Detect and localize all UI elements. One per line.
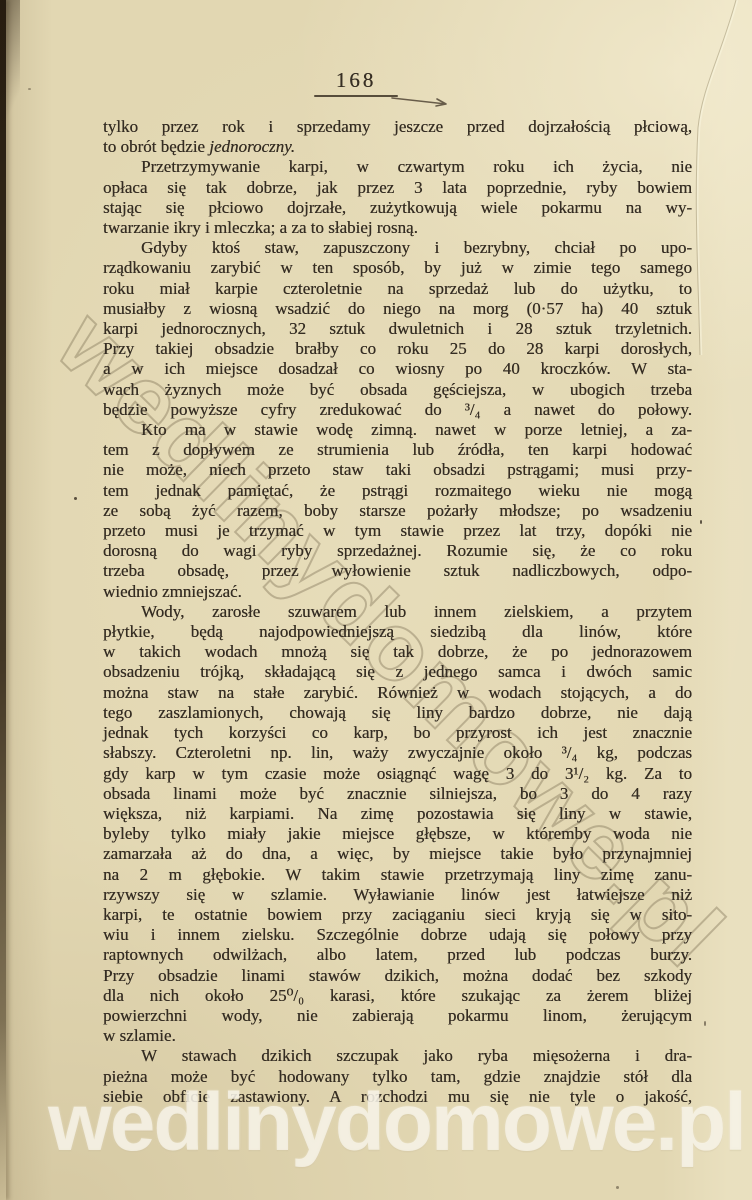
page-left-edge-corner-shadow [0,0,20,150]
page-left-edge-shadow [0,0,6,1200]
text-line: gdy karp w tym czasie może osiągnąć wagę… [103,764,692,784]
text-line: wiednio zmniejszać. [103,582,692,602]
text-line: obsada linami może być znacznie silniejs… [103,784,692,804]
paragraph: tylko przez rok i sprzedamy jeszcze prze… [103,117,692,157]
text-line: raptownych odwilżach, albo latem, przed … [103,945,692,965]
text-line: większa, niż karpiami. Na zimę pozostawi… [103,804,692,824]
scanned-book-page: wedlinydomowe.pl 168 tylko przez rok i s… [0,0,752,1200]
text-line: twarzanie ikry i mleczka; a za to słabie… [103,218,692,238]
text-line: powierzchni wody, nie zabierają pokarmu … [103,1006,692,1026]
text-line: można staw na stałe zarybić. Również w w… [103,683,692,703]
pen-arrow-mark [390,92,460,110]
bottom-watermark: wedlinydomowe.pl [48,1082,745,1164]
paragraph: Kto ma w stawie wodę zimną. nawet w porz… [103,420,692,602]
text-line: Przy takiej obsadzie brałby co roku 25 d… [103,339,692,359]
paper-crease-line [696,0,736,355]
text-line: musiałby z wiosną wsadzić do niego na mo… [103,299,692,319]
text-line: w szlamie. [103,1026,692,1046]
ink-speck [74,497,77,500]
paragraph: Wody, zarosłe szuwarem lub innem zielski… [103,602,692,1046]
header-rule [314,95,398,97]
paper-crease-highlight [697,0,737,355]
text-line: tylko przez rok i sprzedamy jeszcze prze… [103,117,692,137]
text-line: ze sobą żyć razem, boby starsze pożarły … [103,501,692,521]
text-line: Przy obsadzie linami stawów dzikich, moż… [103,966,692,986]
text-line: tego zaszlamionych, chowają się liny bar… [103,703,692,723]
text-line: na 2 m głębokie. W takim stawie przetrzy… [103,865,692,885]
text-line: byleby tylko miały jakie miejsce głębsze… [103,824,692,844]
text-line: stając się płciowo dojrzałe, zużytkowują… [103,198,692,218]
paragraph: Gdyby ktoś staw, zapuszczony i bezrybny,… [103,238,692,420]
text-line: dla nich około 25⁰/₀ karasi, które szuka… [103,986,692,1006]
text-line: W stawach dzikich szczupak jako ryba mię… [103,1046,692,1066]
text-line: dorosną do wagi ryby sprzedażnej. Rozumi… [103,541,692,561]
text-line: Wody, zarosłe szuwarem lub innem zielski… [103,602,692,622]
text-line: roku miał karpie czteroletnie na sprzeda… [103,279,692,299]
text-line: karpi, te ostatnie bowiem przy zaciągani… [103,905,692,925]
text-line: będzie powyższe cyfry zredukować do ³/₄ … [103,400,692,420]
text-line: trzeba obsadę, przez wyłowienie sztuk na… [103,561,692,581]
text-line: opłaca się tak dobrze, jak przez 3 lata … [103,178,692,198]
text-line: wach żyznych może być obsada gęściejsza,… [103,380,692,400]
text-line: tem jednak pamiętać, że pstrągi rozmaite… [103,481,692,501]
text-line: tem z dopływem ze strumienia lub źródła,… [103,440,692,460]
pen-arrow-stroke [392,98,446,106]
text-line: karpi jednorocznych, 32 sztuk dwuletnich… [103,319,692,339]
text-line: przeto musi je trzymać w tym stawie prze… [103,521,692,541]
ink-speck [700,520,702,524]
text-line: płytkie, będą najodpowiedniejszą siedzib… [103,622,692,642]
text-line: nie może, niech przeto staw taki obsadzi… [103,460,692,480]
ink-speck [704,1021,706,1026]
text-line: zamarzała aż do dna, a więc, by miejsce … [103,844,692,864]
text-line: rzywszy się w szlamie. Wyławianie linów … [103,885,692,905]
ink-speck [28,88,31,90]
page-number: 168 [300,68,412,92]
body-text: tylko przez rok i sprzedamy jeszcze prze… [103,117,692,1107]
text-line: Gdyby ktoś staw, zapuszczony i bezrybny,… [103,238,692,258]
text-line: to obrót będzie jednoroczny. [103,137,692,157]
text-line: Przetrzymywanie karpi, w czwartym roku i… [103,157,692,177]
text-line: rządkowaniu zarybić w ten sposób, by już… [103,258,692,278]
text-line: jednak tych korzyści co karp, bo przyros… [103,723,692,743]
text-line: w takich wodach mnożą się tak dobrze, że… [103,642,692,662]
text-line: Kto ma w stawie wodę zimną. nawet w porz… [103,420,692,440]
text-line: wiu i innem zielsku. Szczególnie dobrze … [103,925,692,945]
text-line: słabszy. Czteroletni np. lin, waży zwycz… [103,743,692,763]
text-line: obsadzeniu trójką, składającą się z jedn… [103,662,692,682]
ink-speck [616,1186,619,1189]
text-line: a w ich miejsce dosadzał co wiosny po 40… [103,359,692,379]
paragraph: Przetrzymywanie karpi, w czwartym roku i… [103,157,692,238]
